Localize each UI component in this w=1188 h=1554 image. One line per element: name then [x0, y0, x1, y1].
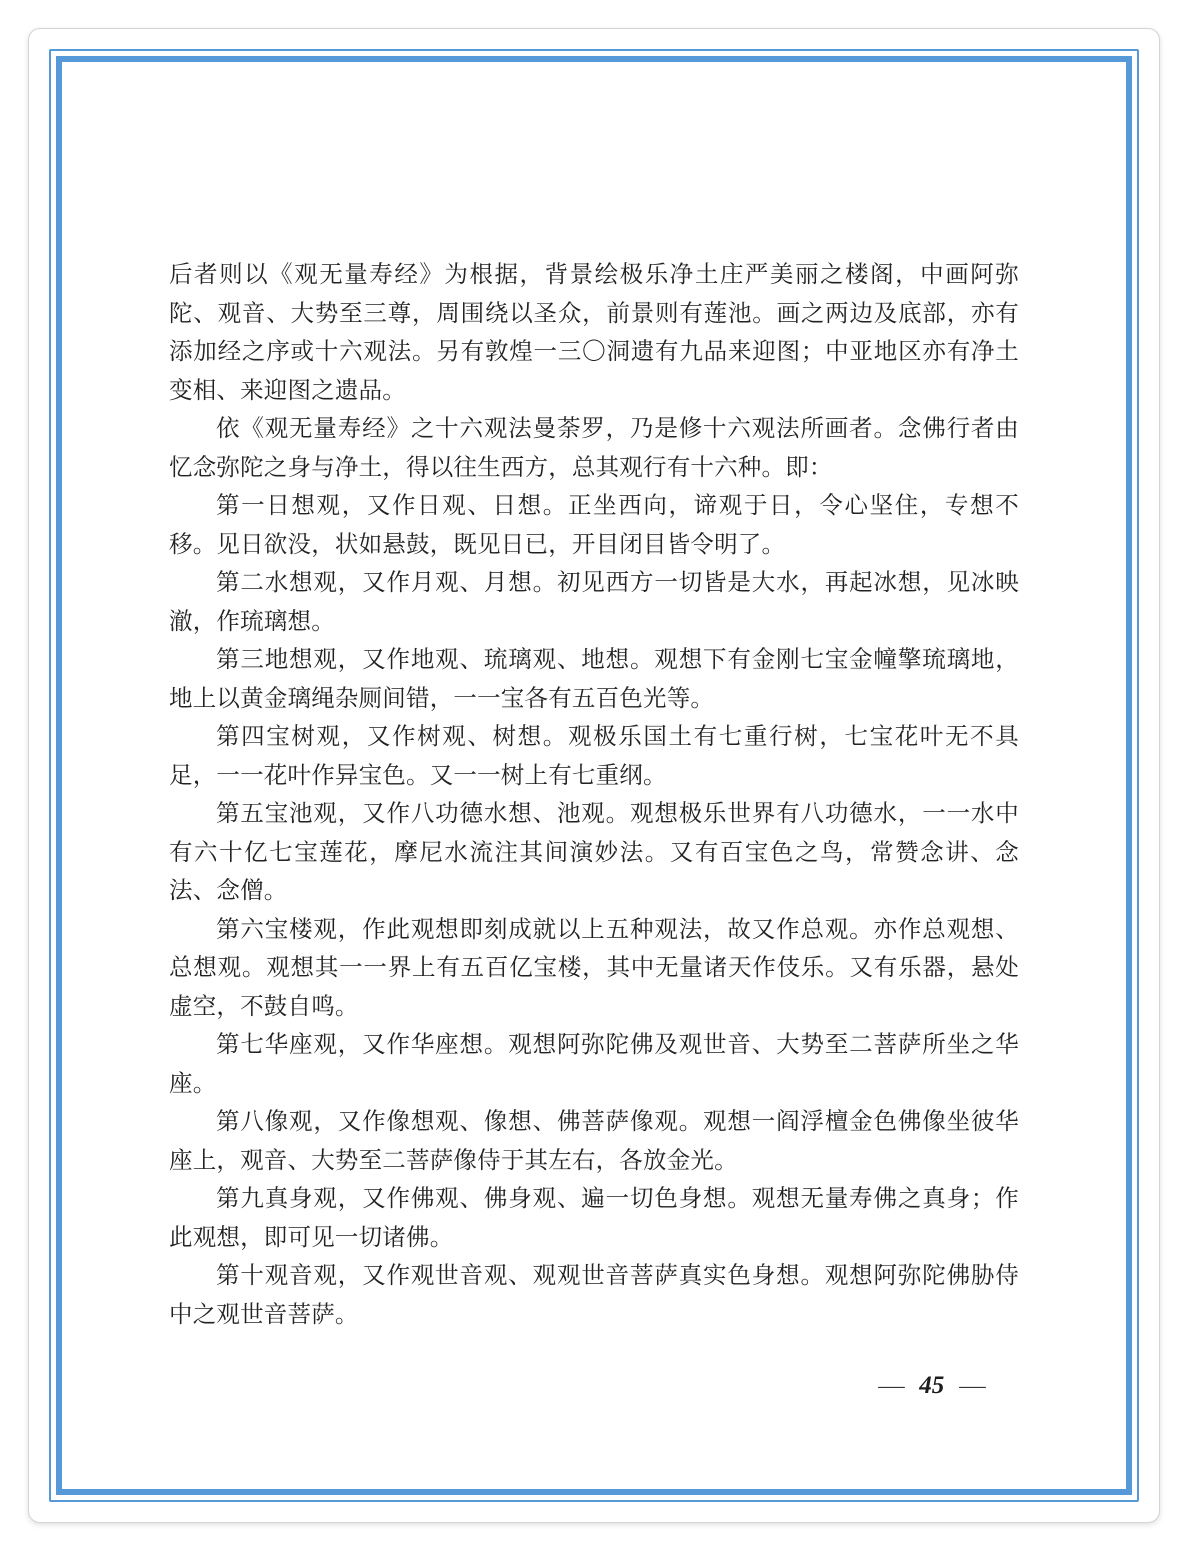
- page-number: — 45 —: [169, 1372, 1019, 1400]
- book-page: 后者则以《观无量寿经》为根据，背景绘极乐净土庄严美丽之楼阁，中画阿弥陀、观音、大…: [28, 28, 1160, 1523]
- paragraph: 依《观无量寿经》之十六观法曼荼罗，乃是修十六观法所画者。念佛行者由忆念弥陀之身与…: [169, 410, 1019, 487]
- page-number-dash-left: —: [878, 1373, 904, 1399]
- paragraph: 后者则以《观无量寿经》为根据，背景绘极乐净土庄严美丽之楼阁，中画阿弥陀、观音、大…: [169, 256, 1019, 410]
- paragraph: 第三地想观，又作地观、琉璃观、地想。观想下有金刚七宝金幢擎琉璃地，地上以黄金璃绳…: [169, 641, 1019, 718]
- paragraph: 第四宝树观，又作树观、树想。观极乐国土有七重行树，七宝花叶无不具足，一一花叶作异…: [169, 718, 1019, 795]
- paragraph: 第二水想观，又作月观、月想。初见西方一切皆是大水，再起冰想，见冰映澈，作琉璃想。: [169, 564, 1019, 641]
- page-number-value: 45: [919, 1372, 944, 1400]
- paragraph: 第六宝楼观，作此观想即刻成就以上五种观法，故又作总观。亦作总观想、总想观。观想其…: [169, 911, 1019, 1027]
- paragraph: 第一日想观，又作日观、日想。正坐西向，谛观于日，令心坚住，专想不移。见日欲没，状…: [169, 487, 1019, 564]
- paragraph: 第十观音观，又作观世音观、观观世音菩萨真实色身想。观想阿弥陀佛胁侍中之观世音菩萨…: [169, 1257, 1019, 1334]
- paragraph: 第五宝池观，又作八功德水想、池观。观想极乐世界有八功德水，一一水中有六十亿七宝莲…: [169, 795, 1019, 911]
- paragraph: 第七华座观，又作华座想。观想阿弥陀佛及观世音、大势至二菩萨所坐之华座。: [169, 1026, 1019, 1103]
- page-background: 后者则以《观无量寿经》为根据，背景绘极乐净土庄严美丽之楼阁，中画阿弥陀、观音、大…: [0, 0, 1188, 1554]
- paragraph: 第九真身观，又作佛观、佛身观、遍一切色身想。观想无量寿佛之真身；作此观想，即可见…: [169, 1180, 1019, 1257]
- page-content: 后者则以《观无量寿经》为根据，背景绘极乐净土庄严美丽之楼阁，中画阿弥陀、观音、大…: [62, 62, 1126, 1489]
- page-number-dash-right: —: [959, 1373, 985, 1399]
- paragraph: 第八像观，又作像想观、像想、佛菩萨像观。观想一阎浮檀金色佛像坐彼华座上，观音、大…: [169, 1103, 1019, 1180]
